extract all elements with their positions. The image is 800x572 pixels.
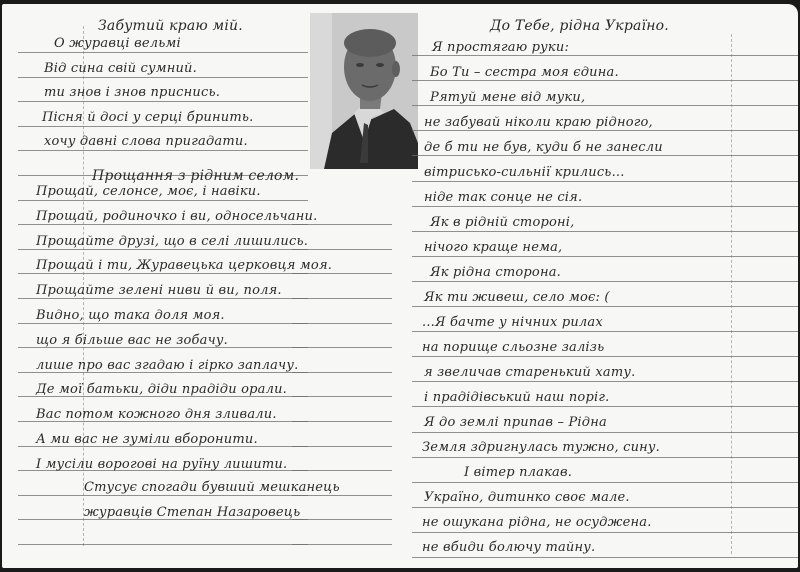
ruled-line — [292, 372, 392, 373]
ruled-line — [292, 273, 392, 274]
poem-line: вітрисько-сильнії крились... — [424, 165, 625, 180]
poem-line: Я до землі припав – Рідна — [424, 415, 607, 430]
ruled-line — [292, 347, 392, 348]
right-page: До Тебе, рідна Україно. Я простягаю руки… — [402, 4, 798, 568]
poem-line: і прадідівський наш поріг. — [424, 390, 609, 405]
ruled-line — [18, 249, 308, 250]
poem-line: я звеличав старенький хату. — [424, 365, 635, 380]
poem-line: Земля здригнулась тужно, сину. — [422, 440, 660, 455]
ruled-line — [412, 231, 798, 232]
poem-line: нічого краще нема, — [424, 240, 562, 255]
ruled-line — [18, 150, 308, 151]
notebook-page: Забутий краю мій. О журавці вельміВід си… — [2, 4, 798, 568]
ruled-line — [292, 298, 392, 299]
ruled-line — [412, 532, 798, 533]
ruled-line — [412, 331, 798, 332]
ruled-line — [412, 457, 798, 458]
poem-line: Пісня й досі у серці бринить. — [42, 110, 253, 125]
poem-line: Прощайте зелені ниви й ви, поля. — [36, 283, 282, 298]
right-margin-line — [731, 34, 732, 554]
ruled-line — [412, 105, 798, 106]
poem-line: Прощай, родиночко і ви, односельчани. — [36, 209, 317, 224]
poem-line: ти знов і знов приснись. — [44, 85, 220, 100]
signature-line: журавців Степан Назаровець — [84, 505, 300, 520]
ruled-line — [412, 256, 798, 257]
ruled-line — [292, 421, 392, 422]
ruled-line — [18, 126, 308, 127]
ruled-line — [18, 77, 308, 78]
ruled-line — [412, 482, 798, 483]
ruled-line — [18, 52, 308, 53]
ruled-line — [412, 432, 798, 433]
ruled-line — [412, 507, 798, 508]
poem-line: ...Я бачте у нічних рилах — [422, 315, 603, 330]
ruled-line — [412, 206, 798, 207]
ruled-line — [292, 544, 392, 545]
poem-line: І вітер плакав. — [464, 465, 572, 480]
ruled-line — [412, 80, 798, 81]
poem-line: не ошукана рідна, не осуджена. — [422, 515, 652, 530]
ruled-line — [412, 155, 798, 156]
poem-line: Бо Ти – сестра моя єдина. — [430, 65, 619, 80]
poem-line: лише про вас згадаю і гірко заплачу. — [36, 358, 298, 373]
ruled-line — [412, 181, 798, 182]
ruled-line — [292, 396, 392, 397]
poem-line: на порище сльозне залізь — [422, 340, 604, 355]
poem-line: не забувай ніколи краю рідного, — [424, 115, 653, 130]
poem-line: Як в рідній стороні, — [430, 215, 574, 230]
ruled-line — [292, 249, 392, 250]
signature-line: Стусує спогади бувший мешканець — [84, 480, 340, 495]
ruled-line — [18, 273, 308, 274]
poem-line: що я більше вас не зобачу. — [36, 333, 228, 348]
poem-line: ніде так сонце не сія. — [424, 190, 582, 205]
poem-title-zabutyi-krayu: Забутий краю мій. — [98, 18, 243, 34]
poem-line: Прощайте друзі, що в селі лишились. — [36, 234, 308, 249]
poem-line: Як рідна сторона. — [430, 265, 561, 280]
poem-line: хочу давні слова пригадати. — [44, 134, 248, 149]
ruled-line — [412, 381, 798, 382]
poem-line: Вас потом кожного дня зливали. — [36, 407, 277, 422]
ruled-line — [412, 356, 798, 357]
poem-line: Рятуй мене від муки, — [430, 90, 585, 105]
poem-line: О журавці вельмі — [54, 36, 181, 51]
poem-line: І мусіли ворогові на руїну лишити. — [36, 457, 287, 472]
ruled-line — [18, 200, 308, 201]
poem-line: А ми вас не зуміли вборонити. — [36, 432, 258, 447]
ruled-line — [292, 446, 392, 447]
poem-title-proshchannia: Прощання з рідним селом. — [92, 168, 299, 184]
poem-line: Де мої батьки, діди прадіди орали. — [36, 382, 287, 397]
ruled-line — [292, 519, 392, 520]
ruled-line — [292, 323, 392, 324]
poem-line: Від сина свій сумний. — [44, 61, 197, 76]
poem-line: Видно, що така доля моя. — [36, 308, 225, 323]
ruled-line — [412, 55, 798, 56]
poem-line: Я простягаю руки: — [432, 40, 569, 55]
ruled-line — [412, 306, 798, 307]
ruled-line — [412, 281, 798, 282]
ruled-line — [292, 470, 392, 471]
ruled-line — [412, 130, 798, 131]
ruled-line — [292, 224, 392, 225]
ruled-line — [18, 101, 308, 102]
ruled-line — [412, 406, 798, 407]
poem-title-do-tebe-ridna-ukraino: До Тебе, рідна Україно. — [490, 18, 669, 34]
ruled-line — [412, 557, 798, 558]
poem-line: не вбиди болючу тайну. — [422, 540, 595, 555]
ruled-line — [18, 544, 308, 545]
poem-line: Як ти живеш, село моє: ( — [424, 290, 610, 305]
ruled-line — [18, 224, 308, 225]
poem-line: Україно, дитинко своє мале. — [424, 490, 630, 505]
poem-line: Прощай і ти, Журавецька церковця моя. — [36, 258, 332, 273]
poem-line: Прощай, селонсе, моє, і навіки. — [36, 184, 261, 199]
poem-line: де б ти не був, куди б не занесли — [424, 140, 663, 155]
